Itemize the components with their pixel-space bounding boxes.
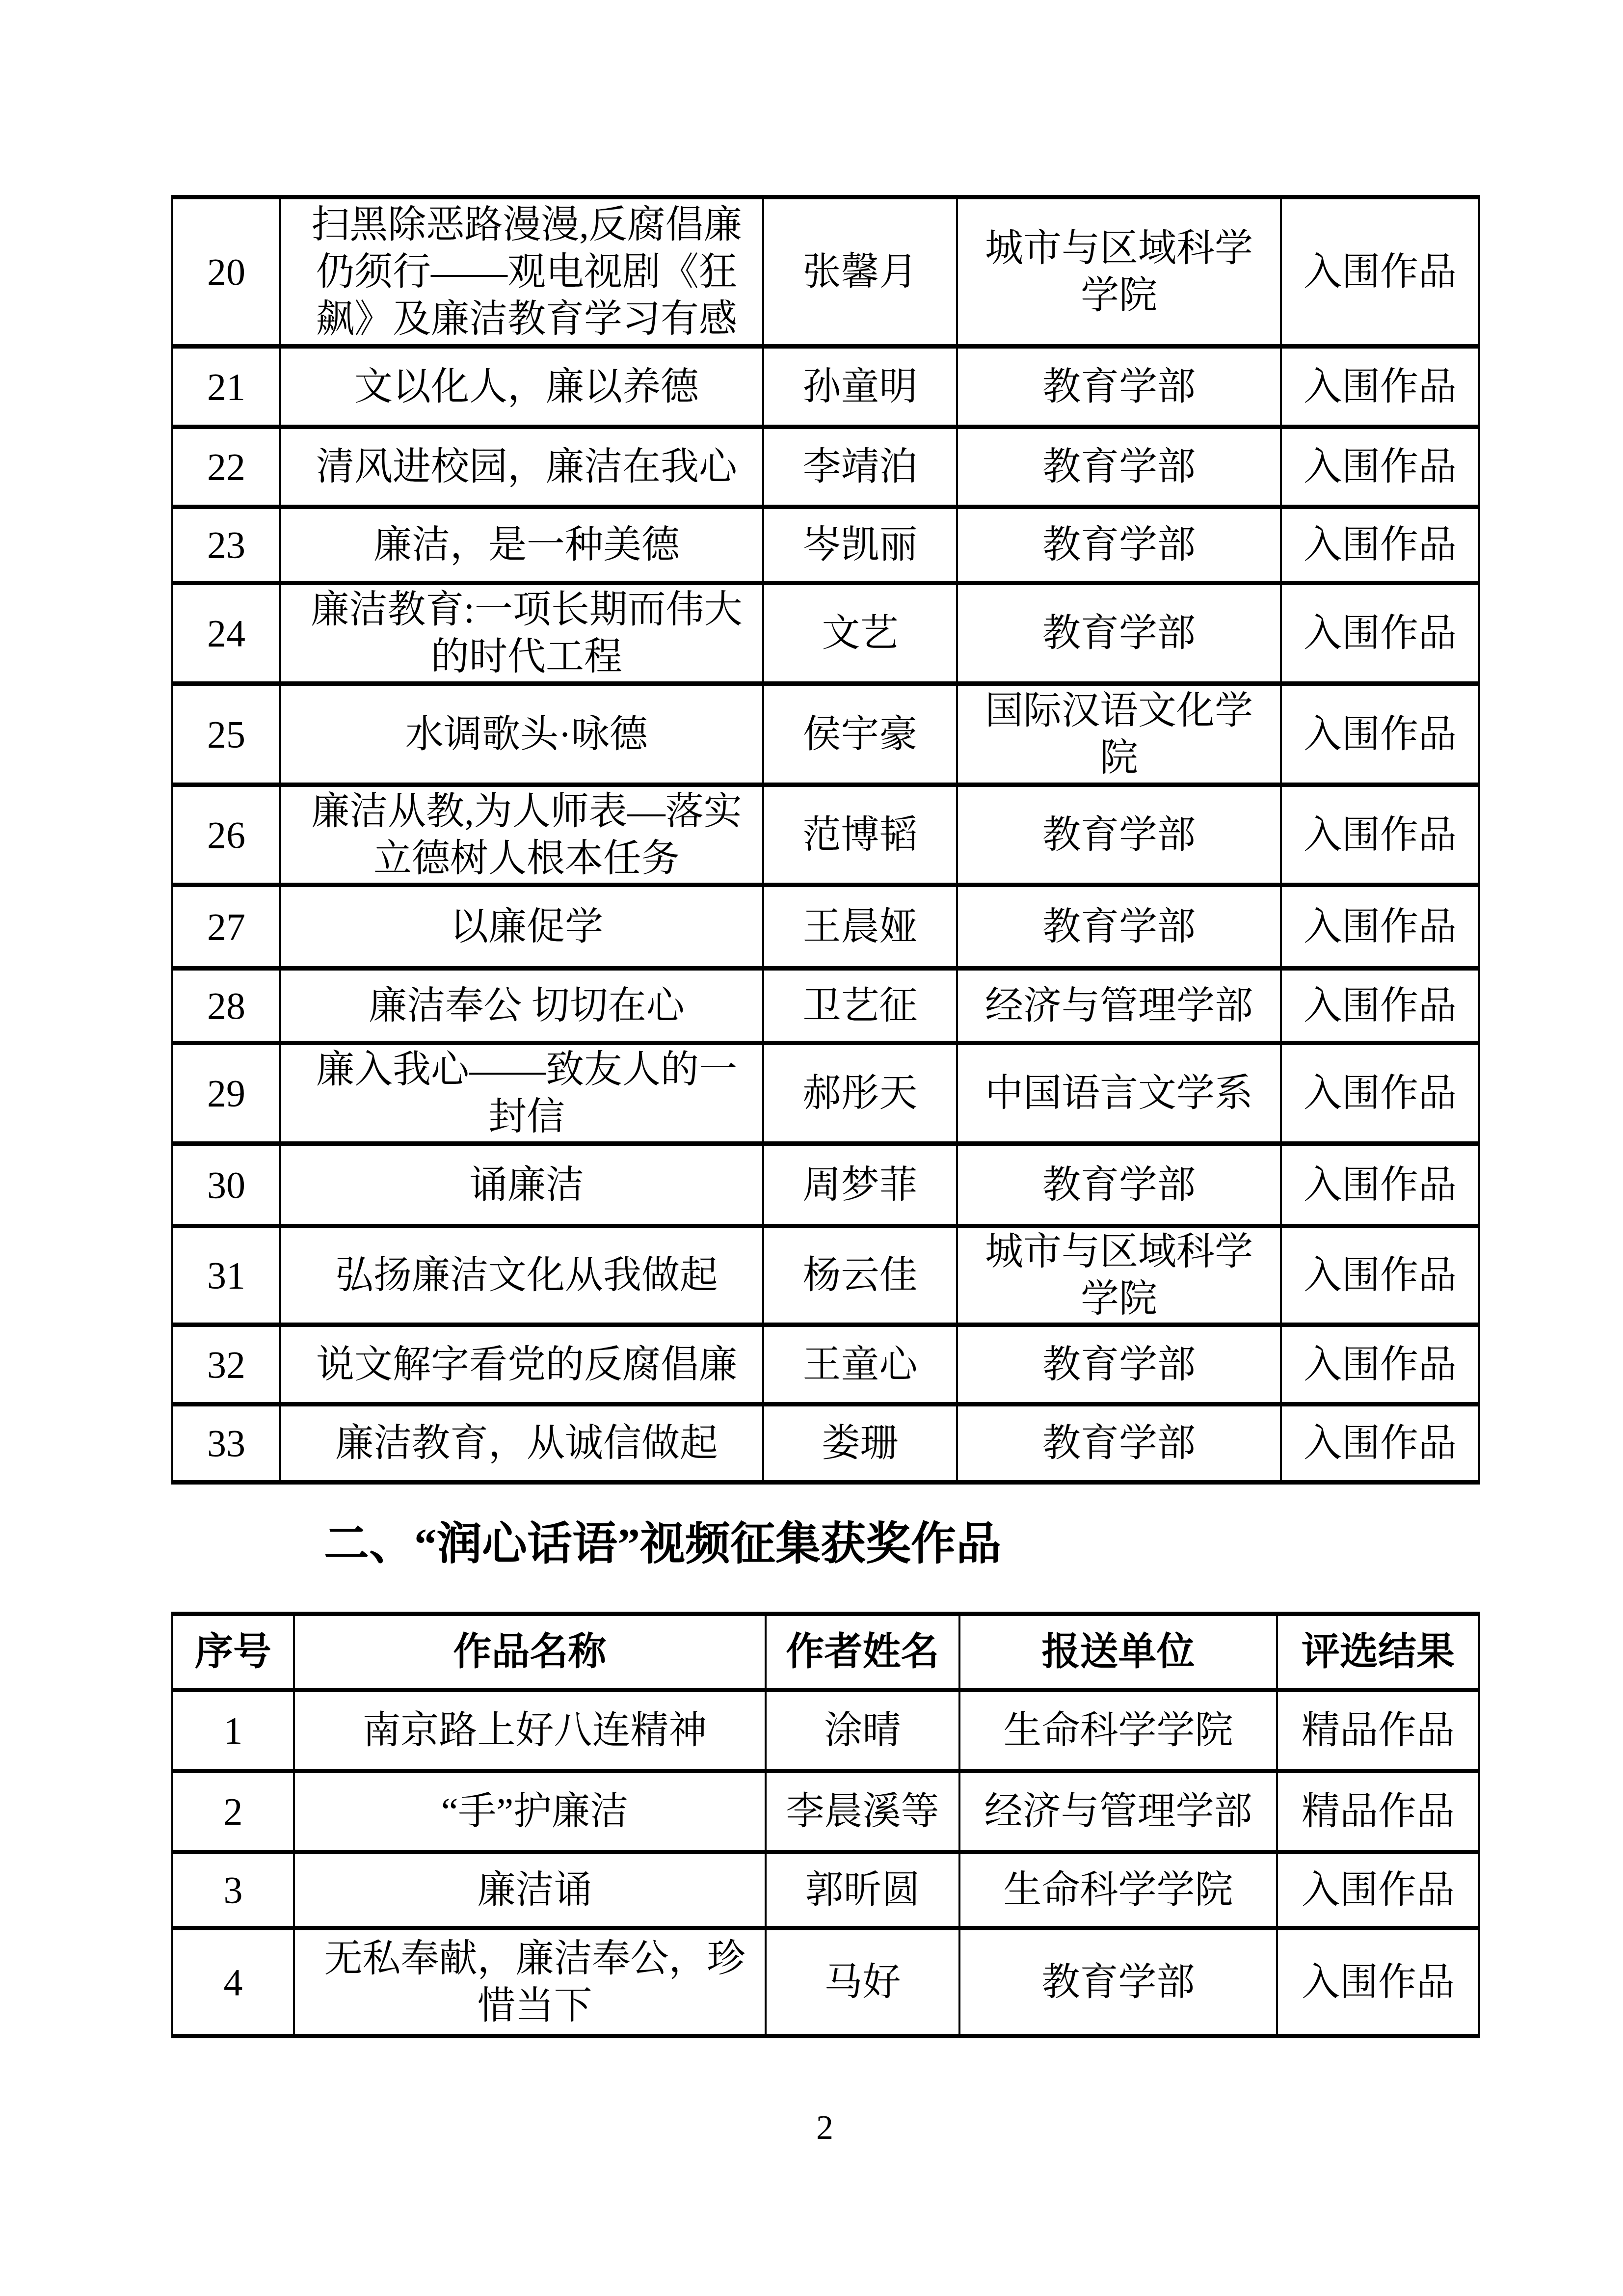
- unit-cell: 教育学部: [959, 1928, 1277, 2036]
- unit-cell: 生命科学学院: [959, 1852, 1277, 1928]
- table-row: 1 南京路上好八连精神 涂晴 生命科学学院 精品作品: [172, 1690, 1479, 1771]
- author-cell: 孙童明: [763, 347, 957, 427]
- table-row: 4 无私奉献，廉洁奉公，珍惜当下 马好 教育学部 入围作品: [172, 1928, 1479, 2036]
- title-cell: 以廉促学: [280, 885, 763, 969]
- result-cell: 入围作品: [1281, 1325, 1479, 1405]
- row-number-cell: 23: [172, 507, 280, 583]
- title-cell: 诵廉洁: [280, 1144, 763, 1226]
- row-number-cell: 32: [172, 1325, 280, 1405]
- row-number-cell: 3: [172, 1852, 294, 1928]
- unit-cell: 教育学部: [957, 1144, 1281, 1226]
- page-number: 2: [171, 2108, 1478, 2148]
- result-cell: 入围作品: [1281, 969, 1479, 1043]
- title-cell: 廉洁诵: [294, 1852, 766, 1928]
- result-cell: 入围作品: [1281, 684, 1479, 785]
- result-cell: 入围作品: [1281, 197, 1479, 347]
- row-number-cell: 29: [172, 1043, 280, 1144]
- author-cell: 李靖泊: [763, 427, 957, 507]
- author-cell: 范博韬: [763, 785, 957, 885]
- table-row: 21 文以化人，廉以养德 孙童明 教育学部 入围作品: [172, 347, 1479, 427]
- result-cell: 入围作品: [1281, 885, 1479, 969]
- row-number-cell: 2: [172, 1771, 294, 1852]
- unit-cell: 教育学部: [957, 347, 1281, 427]
- table-row: 33 廉洁教育，从诚信做起 娄珊 教育学部 入围作品: [172, 1405, 1479, 1483]
- title-cell: 扫黑除恶路漫漫,反腐倡廉仍须行——观电视剧《狂飙》及廉洁教育学习有感: [280, 197, 763, 347]
- author-cell: 周梦菲: [763, 1144, 957, 1226]
- table-row: 24 廉洁教育:一项长期而伟大的时代工程 文艺 教育学部 入围作品: [172, 583, 1479, 684]
- header-author: 作者姓名: [766, 1614, 959, 1690]
- calligraphy-awards-table: 20 扫黑除恶路漫漫,反腐倡廉仍须行——观电视剧《狂飙》及廉洁教育学习有感 张馨…: [171, 195, 1480, 1485]
- row-number-cell: 28: [172, 969, 280, 1043]
- author-cell: 王晨娅: [763, 885, 957, 969]
- result-cell: 入围作品: [1277, 1852, 1479, 1928]
- unit-cell: 经济与管理学部: [959, 1771, 1277, 1852]
- section-heading: 二、“润心话语”视频征集获奖作品: [324, 1516, 1001, 1572]
- title-cell: 弘扬廉洁文化从我做起: [280, 1226, 763, 1325]
- row-number-cell: 20: [172, 197, 280, 347]
- header-unit: 报送单位: [959, 1614, 1277, 1690]
- row-number-cell: 1: [172, 1690, 294, 1771]
- unit-cell: 教育学部: [957, 885, 1281, 969]
- result-cell: 入围作品: [1281, 1144, 1479, 1226]
- unit-cell: 生命科学学院: [959, 1690, 1277, 1771]
- result-cell: 精品作品: [1277, 1771, 1479, 1852]
- table-row: 27 以廉促学 王晨娅 教育学部 入围作品: [172, 885, 1479, 969]
- row-number-cell: 27: [172, 885, 280, 969]
- row-number-cell: 25: [172, 684, 280, 785]
- table-row: 29 廉入我心——致友人的一封信 郝彤天 中国语言文学系 入围作品: [172, 1043, 1479, 1144]
- result-cell: 入围作品: [1281, 1226, 1479, 1325]
- unit-cell: 国际汉语文化学院: [957, 684, 1281, 785]
- title-cell: 文以化人，廉以养德: [280, 347, 763, 427]
- title-cell: 廉洁，是一种美德: [280, 507, 763, 583]
- table-row: 32 说文解字看党的反腐倡廉 王童心 教育学部 入围作品: [172, 1325, 1479, 1405]
- table-row: 20 扫黑除恶路漫漫,反腐倡廉仍须行——观电视剧《狂飙》及廉洁教育学习有感 张馨…: [172, 197, 1479, 347]
- author-cell: 王童心: [763, 1325, 957, 1405]
- row-number-cell: 33: [172, 1405, 280, 1483]
- title-cell: 廉洁教育:一项长期而伟大的时代工程: [280, 583, 763, 684]
- table-row: 28 廉洁奉公 切切在心 卫艺征 经济与管理学部 入围作品: [172, 969, 1479, 1043]
- row-number-cell: 4: [172, 1928, 294, 2036]
- row-number-cell: 21: [172, 347, 280, 427]
- unit-cell: 教育学部: [957, 1405, 1281, 1483]
- result-cell: 入围作品: [1281, 1043, 1479, 1144]
- title-cell: 廉洁教育，从诚信做起: [280, 1405, 763, 1483]
- author-cell: 杨云佳: [763, 1226, 957, 1325]
- table-row: 31 弘扬廉洁文化从我做起 杨云佳 城市与区域科学学院 入围作品: [172, 1226, 1479, 1325]
- table-header-row: 序号 作品名称 作者姓名 报送单位 评选结果: [172, 1614, 1479, 1690]
- author-cell: 娄珊: [763, 1405, 957, 1483]
- author-cell: 张馨月: [763, 197, 957, 347]
- result-cell: 入围作品: [1281, 427, 1479, 507]
- title-cell: 廉入我心——致友人的一封信: [280, 1043, 763, 1144]
- title-cell: 无私奉献，廉洁奉公，珍惜当下: [294, 1928, 766, 2036]
- result-cell: 入围作品: [1281, 507, 1479, 583]
- unit-cell: 教育学部: [957, 583, 1281, 684]
- author-cell: 李晨溪等: [766, 1771, 959, 1852]
- result-cell: 入围作品: [1281, 347, 1479, 427]
- row-number-cell: 30: [172, 1144, 280, 1226]
- unit-cell: 城市与区域科学学院: [957, 1226, 1281, 1325]
- result-cell: 精品作品: [1277, 1690, 1479, 1771]
- title-cell: 清风进校园，廉洁在我心: [280, 427, 763, 507]
- header-result: 评选结果: [1277, 1614, 1479, 1690]
- row-number-cell: 31: [172, 1226, 280, 1325]
- result-cell: 入围作品: [1281, 785, 1479, 885]
- document-page: 20 扫黑除恶路漫漫,反腐倡廉仍须行——观电视剧《狂飙》及廉洁教育学习有感 张馨…: [0, 0, 1623, 2296]
- row-number-cell: 22: [172, 427, 280, 507]
- unit-cell: 城市与区域科学学院: [957, 197, 1281, 347]
- result-cell: 入围作品: [1281, 1405, 1479, 1483]
- unit-cell: 教育学部: [957, 507, 1281, 583]
- table-row: 2 “手”护廉洁 李晨溪等 经济与管理学部 精品作品: [172, 1771, 1479, 1852]
- header-no: 序号: [172, 1614, 294, 1690]
- unit-cell: 教育学部: [957, 427, 1281, 507]
- row-number-cell: 26: [172, 785, 280, 885]
- title-cell: 廉洁奉公 切切在心: [280, 969, 763, 1043]
- table-row: 30 诵廉洁 周梦菲 教育学部 入围作品: [172, 1144, 1479, 1226]
- author-cell: 涂晴: [766, 1690, 959, 1771]
- author-cell: 岑凯丽: [763, 507, 957, 583]
- table-row: 23 廉洁，是一种美德 岑凯丽 教育学部 入围作品: [172, 507, 1479, 583]
- unit-cell: 教育学部: [957, 785, 1281, 885]
- author-cell: 侯宇豪: [763, 684, 957, 785]
- result-cell: 入围作品: [1277, 1928, 1479, 2036]
- video-awards-table: 序号 作品名称 作者姓名 报送单位 评选结果 1 南京路上好八连精神 涂晴 生命…: [171, 1612, 1480, 2038]
- unit-cell: 中国语言文学系: [957, 1043, 1281, 1144]
- author-cell: 卫艺征: [763, 969, 957, 1043]
- table-row: 26 廉洁从教,为人师表—落实立德树人根本任务 范博韬 教育学部 入围作品: [172, 785, 1479, 885]
- title-cell: 南京路上好八连精神: [294, 1690, 766, 1771]
- title-cell: 廉洁从教,为人师表—落实立德树人根本任务: [280, 785, 763, 885]
- table-row: 22 清风进校园，廉洁在我心 李靖泊 教育学部 入围作品: [172, 427, 1479, 507]
- title-cell: “手”护廉洁: [294, 1771, 766, 1852]
- unit-cell: 教育学部: [957, 1325, 1281, 1405]
- author-cell: 文艺: [763, 583, 957, 684]
- author-cell: 马好: [766, 1928, 959, 2036]
- title-cell: 水调歌头·咏德: [280, 684, 763, 785]
- author-cell: 郭昕圆: [766, 1852, 959, 1928]
- row-number-cell: 24: [172, 583, 280, 684]
- table-row: 3 廉洁诵 郭昕圆 生命科学学院 入围作品: [172, 1852, 1479, 1928]
- table-row: 25 水调歌头·咏德 侯宇豪 国际汉语文化学院 入围作品: [172, 684, 1479, 785]
- unit-cell: 经济与管理学部: [957, 969, 1281, 1043]
- title-cell: 说文解字看党的反腐倡廉: [280, 1325, 763, 1405]
- header-title: 作品名称: [294, 1614, 766, 1690]
- result-cell: 入围作品: [1281, 583, 1479, 684]
- author-cell: 郝彤天: [763, 1043, 957, 1144]
